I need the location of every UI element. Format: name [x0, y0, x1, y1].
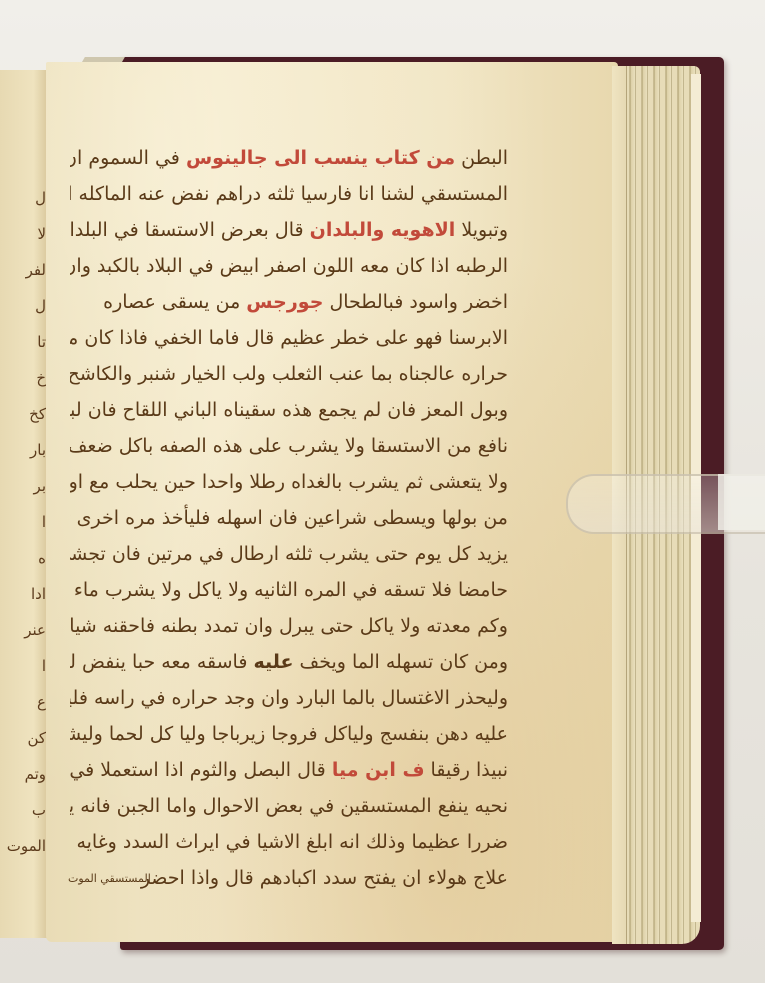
text-line: ولا يتعشى ثم يشرب بالغداه رطلا واحدا حين… [70, 464, 508, 500]
left-fragment: ا [2, 648, 46, 684]
text-line: نحيه ينفع المستسقين في بعض الاحوال واما … [70, 788, 508, 824]
left-fragment: ه [2, 540, 46, 576]
text-line: ضررا عظيما وذلك انه ابلغ الاشيا في ايراث… [70, 824, 508, 860]
text-line: الرطبه اذا كان معه اللون اصفر ابيض في ال… [70, 248, 508, 284]
left-page[interactable]: ل لا لفر ل تا خ كخ بار بر ا ه ادا عنر ا … [0, 70, 49, 938]
text-line: حراره عالجناه بما عنب الثعلب ولب الخيار … [70, 356, 508, 392]
left-fragment: ع [2, 684, 46, 720]
text-line: الابرسنا فهو على خطر عظيم قال فاما الخفي… [70, 320, 508, 356]
left-fragment: كن [2, 720, 46, 756]
rubric: ف ابن ميا [332, 759, 425, 781]
left-fragment: خ [2, 360, 46, 396]
text-line: وتبويلا الاهويه والبلدان قال بعرض الاستس… [70, 212, 508, 248]
rubric: جورجس [246, 291, 323, 313]
text-line: اخضر واسود فبالطحال جورجس من يسقى عصاره [70, 284, 508, 320]
left-page-text: ل لا لفر ل تا خ كخ بار بر ا ه ادا عنر ا … [2, 180, 46, 940]
left-fragment: ل [2, 288, 46, 324]
rubric: الاهويه والبلدان [310, 219, 456, 241]
left-fragment: بر [2, 468, 46, 504]
marginal-note: المستسقي الموت [68, 872, 151, 885]
text-line: نبيذا رقيقا ف ابن ميا قال البصل والثوم ا… [70, 752, 508, 788]
manuscript-text-block: البطن من كتاب ينسب الى جالينوس في السموم… [70, 140, 508, 896]
left-fragment: وتم [2, 756, 46, 792]
text-line: نافع من الاستسقا ولا يشرب على هذه الصفه … [70, 428, 508, 464]
text-line: وكم معدته ولا ياكل حتى يبرل وان تمدد بطن… [70, 608, 508, 644]
text-line: ومن كان تسهله الما ويخف عليه فاسقه معه ح… [70, 644, 508, 680]
left-fragment: الموت [2, 828, 46, 864]
text-line: يزيد كل يوم حتى يشرب ثلثه ارطال في مرتين… [70, 536, 508, 572]
left-fragment: تا [2, 324, 46, 360]
left-fragment: ل [2, 180, 46, 216]
text-line: من بولها ويسطى شراعين فان اسهله فليأخذ م… [70, 500, 508, 536]
rubric: من كتاب ينسب الى جالينوس [186, 147, 455, 169]
left-fragment: ب [2, 792, 46, 828]
bookmark-tab-end[interactable] [718, 474, 765, 530]
left-fragment: لا [2, 216, 46, 252]
text-line: المستسقي لشنا انا فارسيا ثلثه دراهم نفض … [70, 176, 508, 212]
text-line: وليحذر الاغتسال بالما البارد وان وجد حرا… [70, 680, 508, 716]
left-fragment: ادا [2, 576, 46, 612]
text-line: وبول المعز فان لم يجمع هذه سقيناه الباني… [70, 392, 508, 428]
text-line: البطن من كتاب ينسب الى جالينوس في السموم… [70, 140, 508, 176]
left-fragment: كخ [2, 396, 46, 432]
left-fragment: عنر [2, 612, 46, 648]
text-line: حامضا فلا تسقه في المره الثانيه ولا ياكل… [70, 572, 508, 608]
left-fragment: بار [2, 432, 46, 468]
manuscript-scene: ل لا لفر ل تا خ كخ بار بر ا ه ادا عنر ا … [0, 0, 765, 983]
rubric: عليه [253, 651, 293, 673]
left-fragment: ا [2, 504, 46, 540]
left-fragment: لفر [2, 252, 46, 288]
text-line: عليه دهن بنفسج ولياكل فروجا زيرباجا وليا… [70, 716, 508, 752]
